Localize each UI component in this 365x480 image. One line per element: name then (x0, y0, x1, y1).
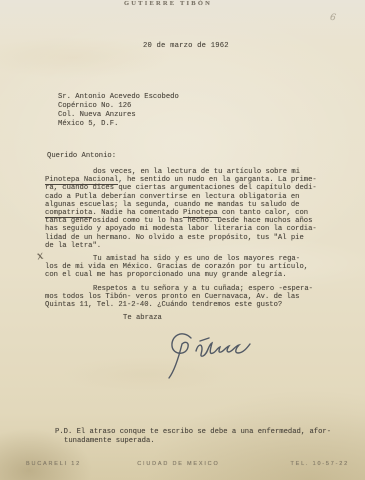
handwritten-margin-mark: x (36, 248, 45, 262)
footer-street-address: BUCARELI 12 (26, 461, 81, 467)
postscript-line: tunadamente superada. (55, 437, 331, 446)
closing-phrase: Te abraza (123, 314, 330, 322)
letter-line: de la letra". (45, 242, 330, 250)
letter-body: dos veces, en la lectura de tu artículo … (45, 168, 330, 322)
letter-line: cado a Putla deberían convertirse en lec… (45, 193, 330, 201)
pencil-page-number: 6 (329, 13, 336, 24)
scanned-letter-page: GUTIERRE TIBÓN 6 20 de marzo de 1962 Sr.… (0, 0, 365, 480)
letter-line: Respetos a tu señora y a tu cuñada; espe… (45, 285, 330, 293)
letter-line: compatriota. Nadie ha comentado Pinotepa… (45, 209, 330, 217)
recipient-name: Sr. Antonio Acevedo Escobedo (58, 93, 179, 102)
signature-autograph-icon (165, 328, 260, 380)
recipient-street: Copérnico No. 126 (58, 102, 179, 111)
letter-line: has seguido y apoyado mi modesta labor l… (45, 225, 330, 233)
letter-date: 20 de marzo de 1962 (143, 42, 229, 50)
paragraph-3: Respetos a tu señora y a tu cuñada; espe… (45, 285, 330, 310)
postscript-line: P.D. El atraso conque te escribo se debe… (55, 428, 331, 437)
paragraph-2: Tu amistad ha sido y es uno de los mayor… (45, 255, 330, 280)
footer-telephone: TEL. 10-57-22 (290, 461, 349, 467)
line-text: . Nadie ha comentado (92, 209, 183, 217)
recipient-neighborhood: Col. Nueva Anzures (58, 111, 179, 120)
recipient-city: México 5, D.F. (58, 120, 179, 129)
recipient-address-block: Sr. Antonio Acevedo Escobedo Copérnico N… (58, 93, 179, 129)
handwritten-signature (165, 328, 260, 385)
line-text: con tanto calor, con (218, 209, 309, 217)
paragraph-1: dos veces, en la lectura de tu artículo … (45, 168, 330, 250)
letter-line: lidad de un hermano. No olvido a este pr… (45, 234, 330, 242)
letter-line: Tu amistad ha sido y es uno de los mayor… (45, 255, 330, 263)
postscript-block: P.D. El atraso conque te escribo se debe… (55, 428, 331, 445)
letter-line: algunas escuelas; la segunda, cuando me … (45, 201, 330, 209)
letter-line: mos todos los Tibón- veros pronto en Cue… (45, 293, 330, 301)
letter-line: ra, cuando dices que ciertas argumentaci… (45, 184, 330, 192)
footer-city: CIUDAD DE MEXICO (137, 461, 219, 467)
line-text: , he sentido un nudo en la garganta. La … (118, 176, 316, 184)
letterhead-name: GUTIERRE TIBÓN (0, 0, 336, 7)
salutation: Querido Antonio: (47, 152, 116, 160)
letter-line: dos veces, en la lectura de tu artículo … (45, 168, 330, 176)
letter-line: Quintas 11, Tel. 21-2-40. ¿Cuándo tendre… (45, 301, 330, 309)
letter-line: con el cual me has proporcionado una muy… (45, 271, 330, 279)
